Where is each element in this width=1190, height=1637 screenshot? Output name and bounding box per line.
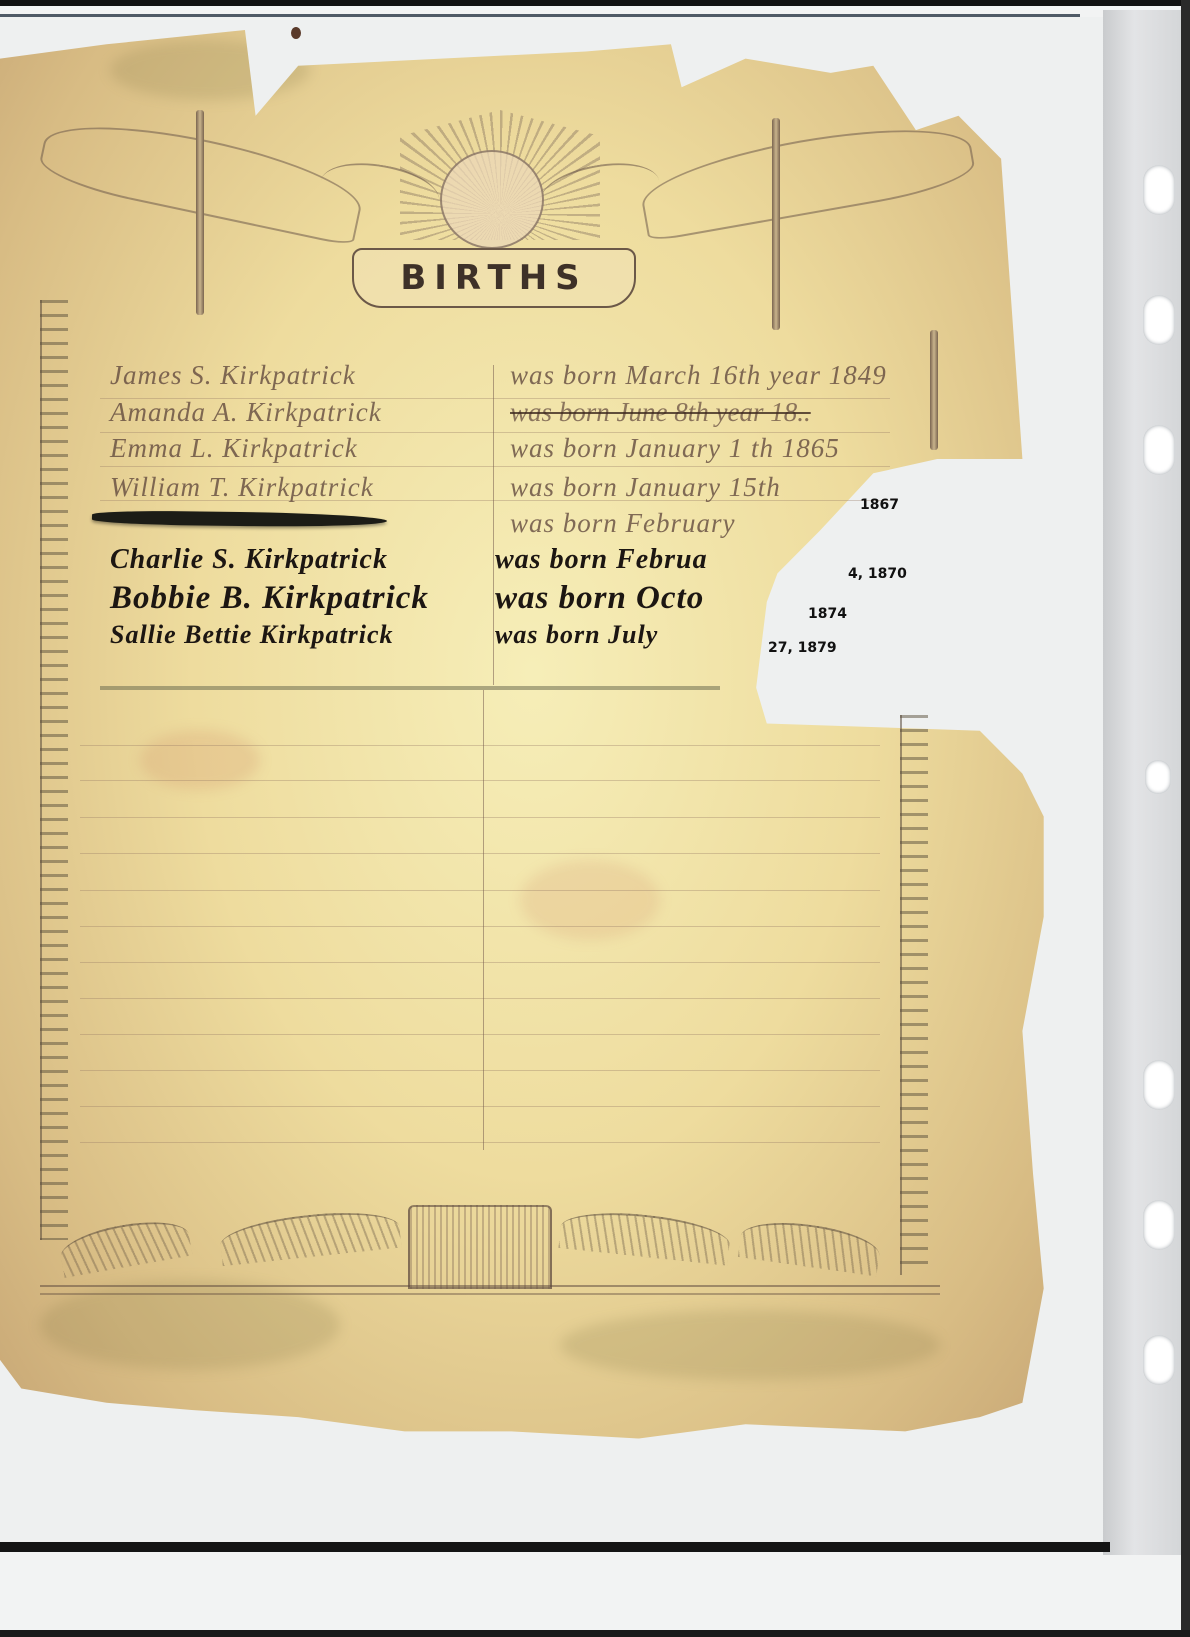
entry-name: Bobbie B. Kirkpatrick	[110, 580, 429, 617]
vine-border-left	[40, 300, 68, 1240]
ruled-line	[80, 1142, 880, 1143]
ruled-line	[80, 853, 880, 854]
entry-born-date: was born Februa	[495, 544, 708, 576]
ruled-line	[80, 817, 880, 818]
birth-entry: James S. Kirkpatrick was born March 16th…	[110, 360, 910, 396]
ruled-line	[80, 1034, 880, 1035]
sheet-protector-top-edge	[0, 14, 1080, 17]
ruled-line	[80, 745, 880, 746]
births-banner: BIRTHS	[352, 248, 636, 308]
stain	[140, 730, 260, 790]
typed-annotation: 27, 1879	[768, 640, 837, 656]
entry-born-date: was born February	[510, 508, 736, 539]
decorative-bottom-border	[40, 1285, 940, 1295]
paper-hole	[291, 27, 301, 39]
birth-entry: Bobbie B. Kirkpatrick was born Octo	[110, 580, 910, 616]
entry-name: Charlie S. Kirkpatrick	[110, 544, 388, 576]
ruled-line	[80, 1070, 880, 1071]
column-divider	[483, 690, 484, 1150]
fold-crease	[100, 686, 720, 690]
page-title: BIRTHS	[400, 258, 587, 298]
punch-hole-icon	[1143, 295, 1175, 345]
ruled-line	[80, 890, 880, 891]
typed-annotation: 1874	[808, 606, 847, 622]
entry-born-date: was born March 16th year 1849	[510, 360, 887, 391]
ruled-line	[80, 998, 880, 999]
stain	[520, 860, 660, 940]
punch-hole-icon	[1143, 1335, 1175, 1385]
open-book-icon	[408, 1205, 552, 1289]
punch-hole-icon	[1143, 1200, 1175, 1250]
ruled-line	[80, 1106, 880, 1107]
entry-born-date: was born Octo	[495, 580, 704, 617]
birth-entry: Amanda A. Kirkpatrick was born June 8th …	[110, 397, 910, 433]
punch-hole-icon	[1145, 760, 1171, 794]
entry-born-date: was born January 15th	[510, 472, 781, 503]
entry-name: Emma L. Kirkpatrick	[110, 433, 358, 464]
punch-hole-icon	[1143, 1060, 1175, 1110]
entry-born-date: was born July	[495, 620, 658, 650]
ruled-line	[80, 780, 880, 781]
typed-annotation: 1867	[860, 497, 899, 513]
birth-entry: William T. Kirkpatrick was born January …	[110, 472, 910, 508]
entry-name: Amanda A. Kirkpatrick	[110, 397, 382, 428]
vine-border-right	[900, 715, 928, 1275]
punch-hole-icon	[1143, 165, 1175, 215]
scanner-right-edge	[1181, 0, 1190, 1637]
ruled-line	[80, 962, 880, 963]
scanner-top-edge	[0, 0, 1190, 6]
entry-name: William T. Kirkpatrick	[110, 472, 374, 503]
flag-pole-left	[196, 110, 204, 315]
stain	[560, 1310, 940, 1380]
entry-born-date: was born January 1 th 1865	[510, 433, 840, 464]
ruled-line	[80, 926, 880, 927]
scanner-bottom-edge	[0, 1542, 1110, 1552]
cherub-with-wings-icon	[440, 150, 544, 249]
scanner-bottom-edge	[0, 1630, 1190, 1637]
column-border-right	[930, 330, 938, 450]
flag-pole-right	[772, 118, 780, 330]
entry-born-date: was born June 8th year 18..	[510, 397, 811, 428]
birth-entry: Charlie S. Kirkpatrick was born Februa	[110, 544, 910, 580]
typed-annotation: 4, 1870	[848, 566, 907, 582]
punch-hole-icon	[1143, 425, 1175, 475]
birth-entry: Emma L. Kirkpatrick was born January 1 t…	[110, 433, 910, 469]
entry-name: James S. Kirkpatrick	[110, 360, 356, 391]
entry-name: Sallie Bettie Kirkpatrick	[110, 620, 394, 650]
